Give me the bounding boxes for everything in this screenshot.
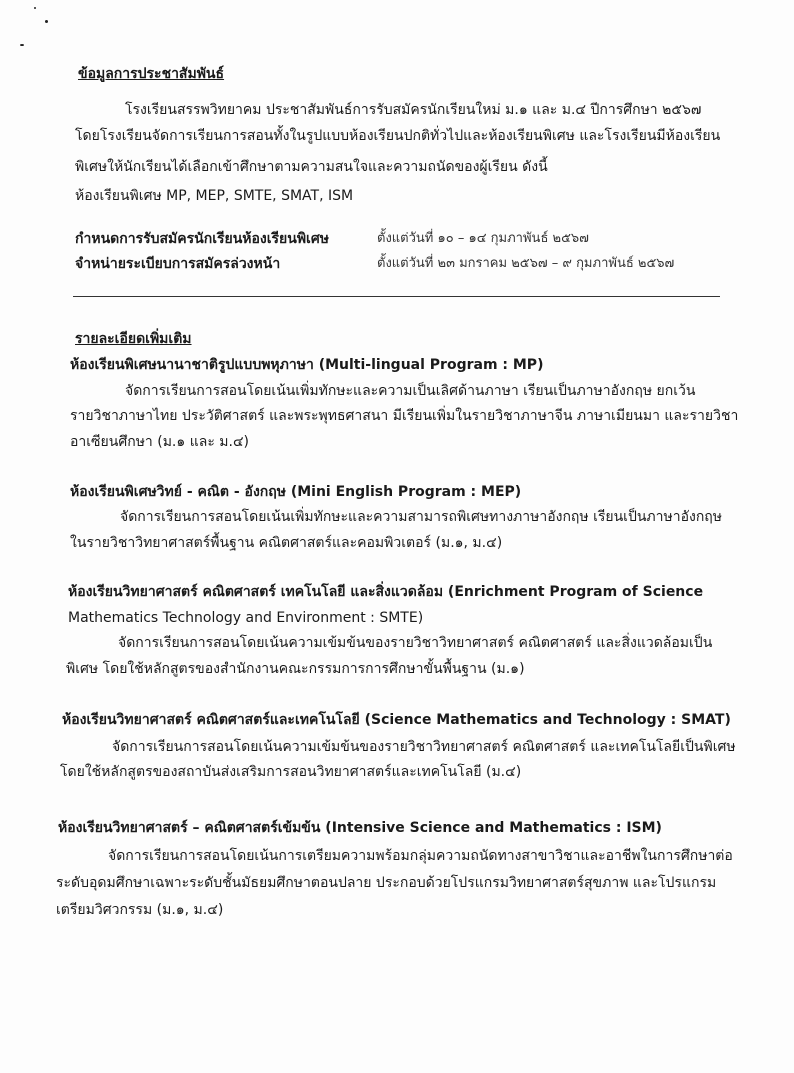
program-line: จัดการเรียนการสอนโดยเน้นเพิ่มทักษะและควา… [120, 507, 722, 527]
schedule-value: ตั้งแต่วันที่ ๒๓ มกราคม ๒๕๖๗ – ๙ กุมภาพั… [377, 254, 674, 274]
scan-speck [20, 44, 24, 46]
pr-para-line: ห้องเรียนพิเศษ MP, MEP, SMTE, SMAT, ISM [75, 186, 353, 206]
program-line: จัดการเรียนการสอนโดยเน้นความเข้มข้นของรา… [118, 633, 712, 653]
program-line: ระดับอุดมศึกษาเฉพาะระดับชั้นมัธยมศึกษาตอ… [56, 873, 716, 893]
pr-para-line: โรงเรียนสรรพวิทยาคม ประชาสัมพันธ์การรับส… [125, 100, 701, 120]
program-line: ในรายวิชาวิทยาศาสตร์พื้นฐาน คณิตศาสตร์แล… [70, 533, 502, 553]
program-line: จัดการเรียนการสอนโดยเน้นความเข้มข้นของรา… [112, 737, 736, 757]
pr-heading: ข้อมูลการประชาสัมพันธ์ [78, 64, 224, 84]
program-line: รายวิชาภาษาไทย ประวัติศาสตร์ และพระพุทธศ… [70, 406, 738, 426]
schedule-label: กำหนดการรับสมัครนักเรียนห้องเรียนพิเศษ [75, 229, 329, 249]
program-title: ห้องเรียนพิเศษนานาชาติรูปแบบพหุภาษา (Mul… [70, 355, 543, 375]
pr-para-line: โดยโรงเรียนจัดการเรียนการสอนทั้งในรูปแบบ… [75, 126, 720, 146]
program-line: พิเศษ โดยใช้หลักสูตรของสำนักงานคณะกรรมกา… [66, 659, 525, 679]
schedule-label: จำหน่ายระเบียบการสมัครล่วงหน้า [75, 254, 280, 274]
program-line: จัดการเรียนการสอนโดยเน้นการเตรียมความพร้… [108, 846, 733, 866]
program-title: ห้องเรียนวิทยาศาสตร์ – คณิตศาสตร์เข้มข้น… [58, 818, 662, 838]
schedule-value: ตั้งแต่วันที่ ๑๐ – ๑๔ กุมภาพันธ์ ๒๕๖๗ [377, 229, 589, 249]
program-title-cont: Mathematics Technology and Environment :… [68, 608, 423, 628]
program-title: ห้องเรียนวิทยาศาสตร์ คณิตศาสตร์ เทคโนโลย… [68, 582, 703, 602]
program-line: โดยใช้หลักสูตรของสถาบันส่งเสริมการสอนวิท… [60, 762, 521, 782]
program-title: ห้องเรียนวิทยาศาสตร์ คณิตศาสตร์และเทคโนโ… [62, 710, 731, 730]
scan-speck [34, 7, 36, 9]
program-title: ห้องเรียนพิเศษวิทย์ - คณิต - อังกฤษ (Min… [70, 482, 521, 502]
program-line: อาเซียนศึกษา (ม.๑ และ ม.๔) [70, 432, 249, 452]
program-line: เตรียมวิศวกรรม (ม.๑, ม.๔) [56, 900, 223, 920]
pr-para-line: พิเศษให้นักเรียนได้เลือกเข้าศึกษาตามความ… [75, 157, 548, 177]
details-heading: รายละเอียดเพิ่มเติม [75, 329, 192, 349]
program-line: จัดการเรียนการสอนโดยเน้นเพิ่มทักษะและควา… [125, 381, 695, 401]
divider-line [73, 296, 720, 297]
scan-speck [45, 20, 48, 23]
